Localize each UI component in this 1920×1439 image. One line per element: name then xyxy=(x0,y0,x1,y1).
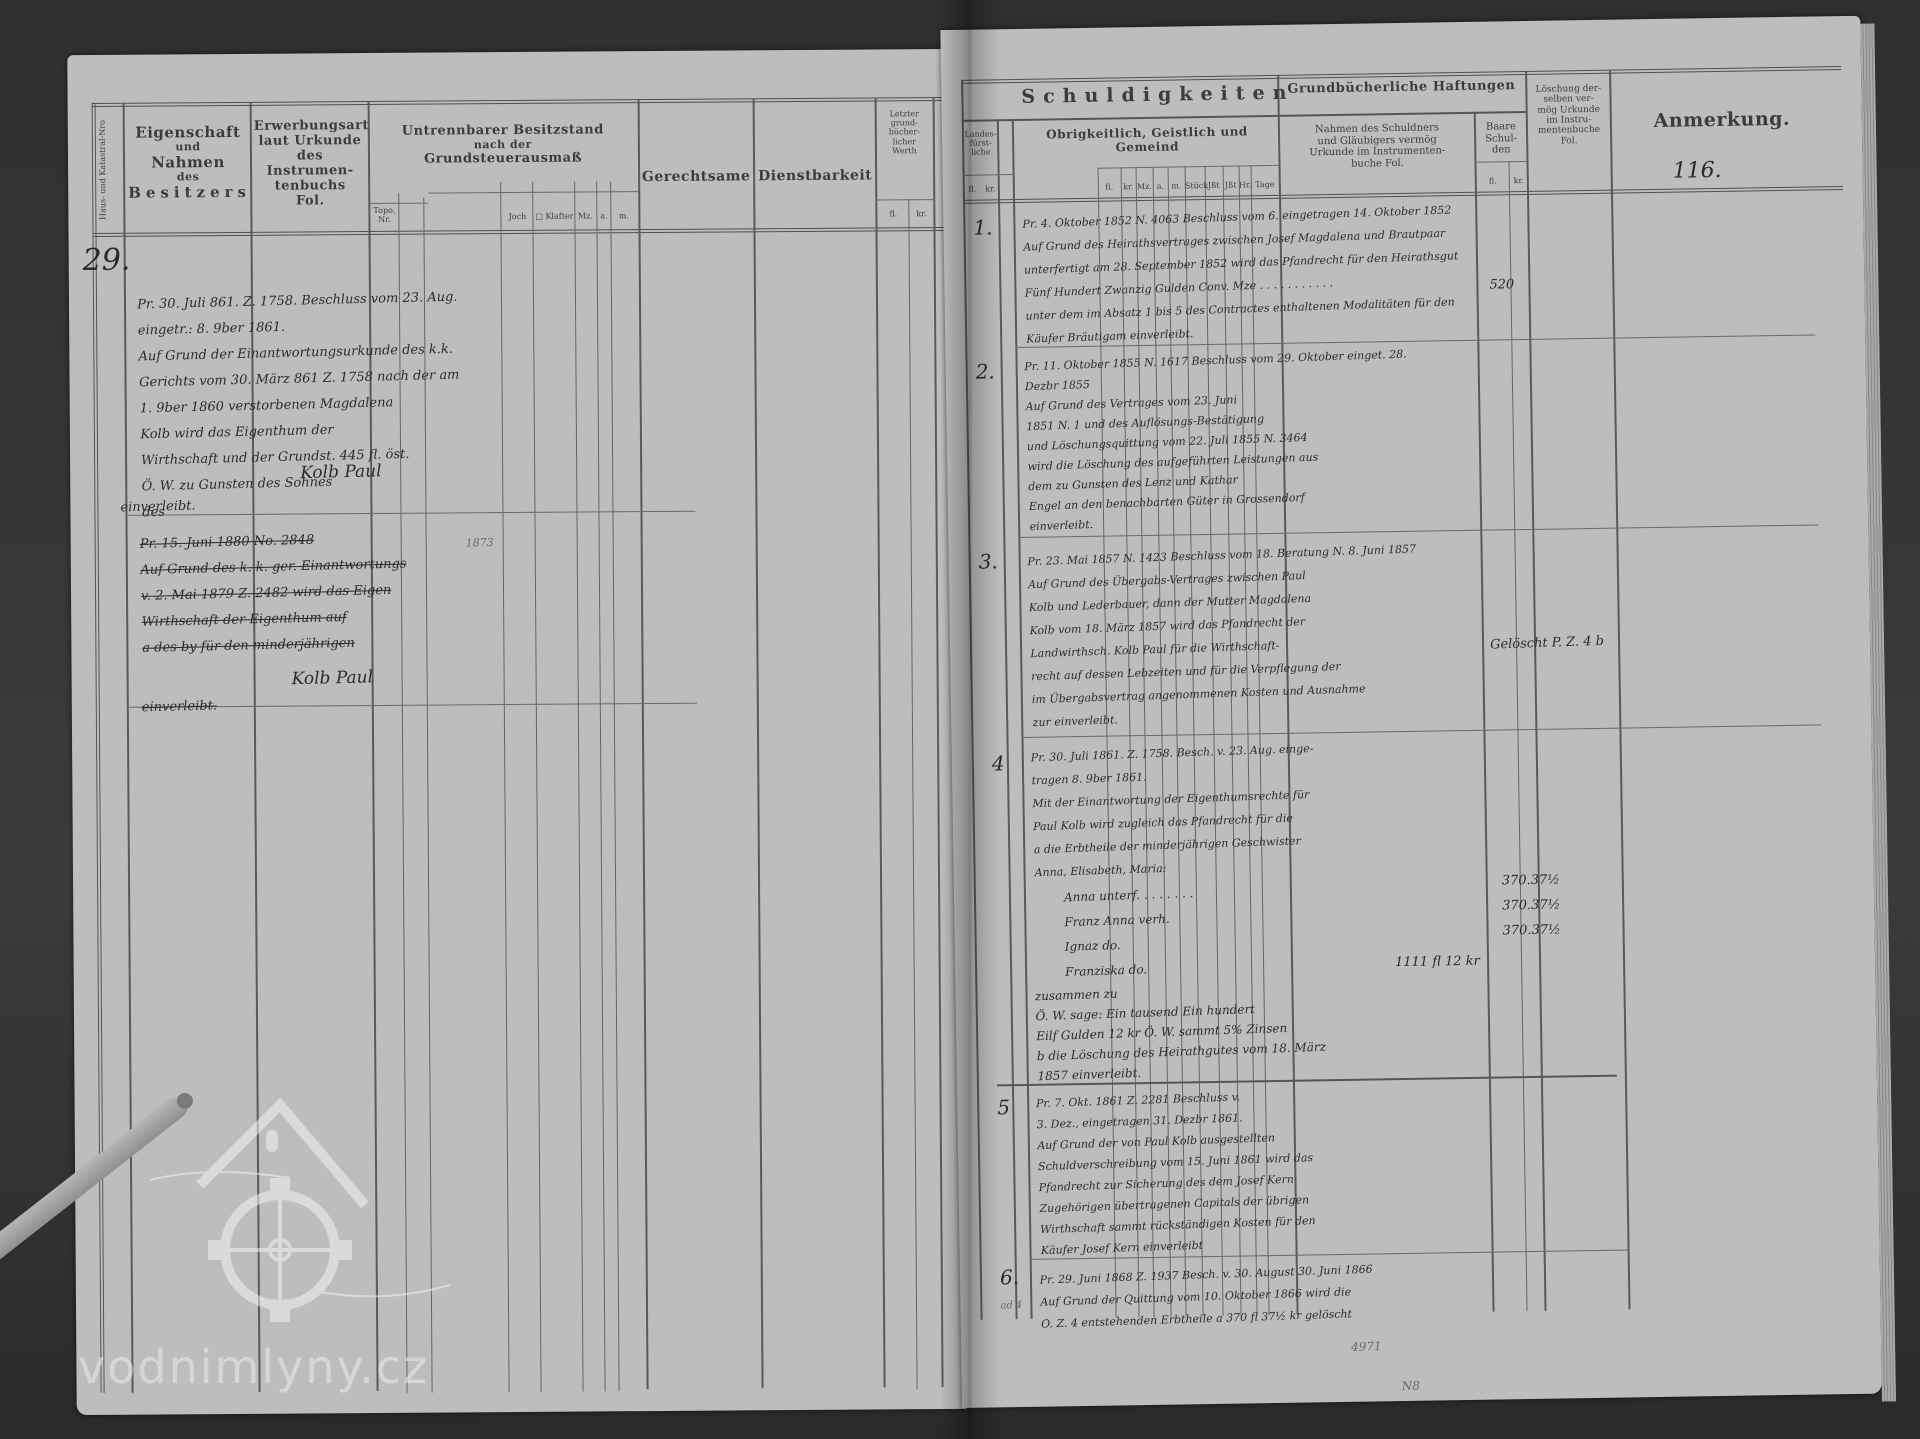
margin-note: ad 4 xyxy=(1000,1293,1023,1320)
col-rule xyxy=(753,98,764,1388)
header-acquisition: Erwerbungsart laut Urkunde des Instrumen… xyxy=(254,119,367,209)
col-rule xyxy=(933,97,944,1387)
unit-joch: Joch xyxy=(502,212,532,221)
unit: Mz. xyxy=(1136,182,1153,191)
header-liens: Grundbücherliche Haftungen xyxy=(1281,79,1521,98)
entry-text: zusammen zuÖ. W. sage: Ein tausend Ein h… xyxy=(1035,977,1327,1087)
col-rule xyxy=(123,103,134,1393)
col-rule xyxy=(961,80,982,1320)
entry-text: Pr. 30. Juli 1861. Z. 1758. Besch. v. 23… xyxy=(1030,737,1317,884)
col-rule xyxy=(532,182,541,1392)
unit: Hr. xyxy=(1239,180,1251,189)
header-rights: Gerechtsame xyxy=(640,168,752,185)
unit-fl: fl. xyxy=(1479,176,1507,186)
unit: Jßt xyxy=(1205,181,1223,190)
col-rule xyxy=(1609,70,1630,1310)
entry-closing: einverleibt. xyxy=(142,693,218,721)
unit: fl. xyxy=(1098,182,1121,192)
owner-signature: Kolb Paul xyxy=(300,458,382,486)
heir-amount: 370.37½ xyxy=(1502,898,1560,914)
header-debtor-creditor: Nahmen des Schuldnersund Gläubigers verm… xyxy=(1282,122,1473,171)
watermill-logo-icon xyxy=(150,1080,450,1360)
heir-amount: 370.37½ xyxy=(1502,923,1560,939)
entry-number: 2. xyxy=(976,359,995,383)
subheader-rule xyxy=(368,203,428,204)
entry-text: Pr. 30. Juli 861. Z. 1758. Beschluss vom… xyxy=(137,285,463,527)
header-remarks: Anmerkung. xyxy=(1622,108,1822,133)
unit: Tage xyxy=(1251,180,1279,190)
entry-number: 6. xyxy=(1000,1265,1019,1289)
right-page: Schuldigkeiten Grundbücherliche Haftunge… xyxy=(940,16,1882,1408)
footer-mark: N8 xyxy=(1401,1373,1420,1400)
entry-text: Pr. 29. Juni 1868 Z. 1937 Besch. v. 30. … xyxy=(1039,1259,1374,1336)
footer-mark: 4971 xyxy=(1351,1333,1382,1360)
unit-m: m. xyxy=(611,211,636,220)
col-rule xyxy=(610,181,619,1391)
unit-a: a. xyxy=(597,211,610,220)
col-rule xyxy=(908,199,917,1389)
subheader-rule xyxy=(1474,161,1526,163)
col-rule xyxy=(500,182,509,1392)
entry-text: Pr. 7. Okt. 1861 Z. 2281 Beschluss v.3. … xyxy=(1036,1084,1317,1261)
folio-note: 116. xyxy=(1672,158,1721,184)
col-rule xyxy=(1525,71,1546,1311)
header-house-no: Haus- und Katastral-Nro xyxy=(98,115,121,225)
header-last-value: Letzter grund- bücher- licher Werth xyxy=(877,109,932,155)
header-servitude: Dienstbarkeit xyxy=(756,167,874,184)
unit-fl: fl. xyxy=(965,185,980,194)
entry-text: Pr. 23. Mai 1857 N. 1423 Beschluss vom 1… xyxy=(1027,537,1422,734)
unit-kr: kr. xyxy=(1511,176,1527,185)
col-rule xyxy=(638,99,649,1389)
unit-kr: kr. xyxy=(910,209,932,218)
unit: kr. xyxy=(1121,182,1136,191)
col-rule xyxy=(574,182,583,1392)
subheader-rule xyxy=(875,199,935,200)
entry-text-struck: Pr. 15. Juni 1880 No. 2848Auf Grund des … xyxy=(139,525,408,661)
header-princely: Landes-fürst-liche xyxy=(964,129,997,157)
col-rule xyxy=(1508,161,1527,1311)
unit: m. xyxy=(1168,181,1185,190)
unit: Jßt xyxy=(1223,181,1239,190)
unit-kr: kr. xyxy=(983,184,998,193)
total-amount: 1111 fl 12 kr xyxy=(1395,954,1480,970)
col-rule xyxy=(875,97,886,1387)
subheader-rule xyxy=(963,174,1013,176)
header-cash-debts: BaareSchul-den xyxy=(1476,121,1527,156)
col-rule xyxy=(596,181,605,1391)
unit-fl: fl. xyxy=(880,209,906,218)
entry-number: 1. xyxy=(973,215,992,239)
heir-amount: 370.37½ xyxy=(1502,873,1560,889)
entry-number: 3. xyxy=(979,549,998,573)
deletion-remark: Gelöscht P. Z. 4 b xyxy=(1490,629,1605,659)
entry-text: Pr. 4. Oktober 1852 N. 4063 Beschluss vo… xyxy=(1022,198,1461,350)
header-owner: Eigenschaft und Nahmen des Besitzers xyxy=(128,124,249,202)
header-deletion: Löschung der-selben ver-mög Urkundeim In… xyxy=(1529,84,1608,147)
margin-mark: 1873 xyxy=(465,530,494,557)
header-topo-no: Topo. Nr. xyxy=(370,206,398,225)
watermark-text: vodnimlyny.cz xyxy=(78,1340,429,1394)
entry-number: 5 xyxy=(997,1095,1010,1119)
header-bottom-rule xyxy=(93,227,959,237)
header-authorities: Obrigkeitlich, Geistlich undGemeind xyxy=(1022,125,1272,157)
header-debts: Schuldigkeiten xyxy=(1021,83,1271,109)
left-border-rule xyxy=(92,103,105,1393)
header-property: Untrennbarer Besitzstand nach der Grunds… xyxy=(378,123,628,167)
header-top-rule xyxy=(92,97,958,107)
owner-signature: Kolb Paul xyxy=(291,664,373,692)
subheader-rule xyxy=(1278,111,1526,117)
unit-klafter: □ Klafter xyxy=(534,212,574,221)
entry-text: Pr. 11. Oktober 1855 N. 1617 Beschluss v… xyxy=(1024,345,1412,538)
entry-number: 4 xyxy=(992,751,1005,775)
unit: a. xyxy=(1153,182,1168,191)
entry-number: 29. xyxy=(83,243,131,278)
unit-mz: Mz. xyxy=(575,211,595,220)
unit: Stück xyxy=(1185,181,1205,191)
entry-closing: einverleibt. xyxy=(120,494,196,522)
cash-amount: 520 xyxy=(1489,277,1514,292)
subheader-rule xyxy=(962,115,1278,122)
